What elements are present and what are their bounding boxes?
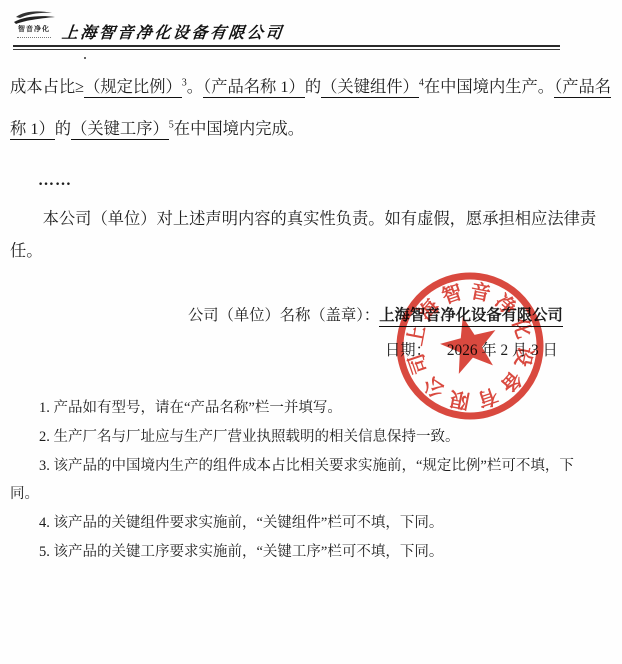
blank-key-components: （关键组件） <box>321 77 419 98</box>
company-logo: 智音净化 <box>10 10 58 38</box>
footnote-5: 5. 该产品的关键工序要求实施前，“关键工序”栏可不填，下同。 <box>10 538 576 567</box>
clause-paragraph: 成本占比≥（规定比例）3。（产品名称 1）的（关键组件）4在中国境内生产。（产品… <box>10 66 614 150</box>
clause-text: 在中国境内生产。 <box>424 77 554 96</box>
footnotes-list: 1. 产品如有型号，请在“产品名称”栏一并填写。 2. 生产厂名与厂址应与生产厂… <box>10 394 576 567</box>
logo-subtext-marks <box>17 34 51 38</box>
header-company-name: 上海智音净化设备有限公司 <box>61 20 285 43</box>
scan-artifact-dot <box>84 57 86 59</box>
seal-ring-char: 设 <box>510 344 536 368</box>
clause-text: 的 <box>305 77 321 96</box>
footnote-4: 4. 该产品的关键组件要求实施前，“关键组件”栏可不填，下同。 <box>10 509 576 538</box>
footnote-2: 2. 生产厂名与厂址应与生产厂营业执照载明的相关信息保持一致。 <box>10 423 576 452</box>
header-rule <box>13 45 560 50</box>
footnote-3: 3. 该产品的中国境内生产的组件成本占比相关要求实施前，“规定比例”栏可不填，下… <box>10 452 576 510</box>
blank-product-name: （产品名称 1） <box>203 77 305 98</box>
seal-ring-char: 上 <box>403 324 429 348</box>
clause-text: 成本占比≥ <box>10 77 84 96</box>
document-page: 智音净化 上海智音净化设备有限公司 成本占比≥（规定比例）3。（产品名称 1）的… <box>0 0 622 664</box>
logo-text: 智音净化 <box>10 25 58 33</box>
seal-ring-char: 音 <box>468 278 492 305</box>
clause-text: 的 <box>55 119 71 138</box>
footnote-1: 1. 产品如有型号，请在“产品名称”栏一并填写。 <box>10 394 576 423</box>
clause-text: 。 <box>187 77 203 96</box>
blank-specified-ratio: （规定比例） <box>84 77 182 98</box>
logo-swoosh-icon <box>12 10 56 25</box>
clause-text: 在中国境内完成。 <box>174 119 304 138</box>
ellipsis-omission: …… <box>38 172 72 190</box>
signature-label: 公司（单位）名称（盖章）： <box>188 307 379 324</box>
blank-key-process: （关键工序） <box>71 119 169 140</box>
seal-star-icon <box>435 310 503 376</box>
